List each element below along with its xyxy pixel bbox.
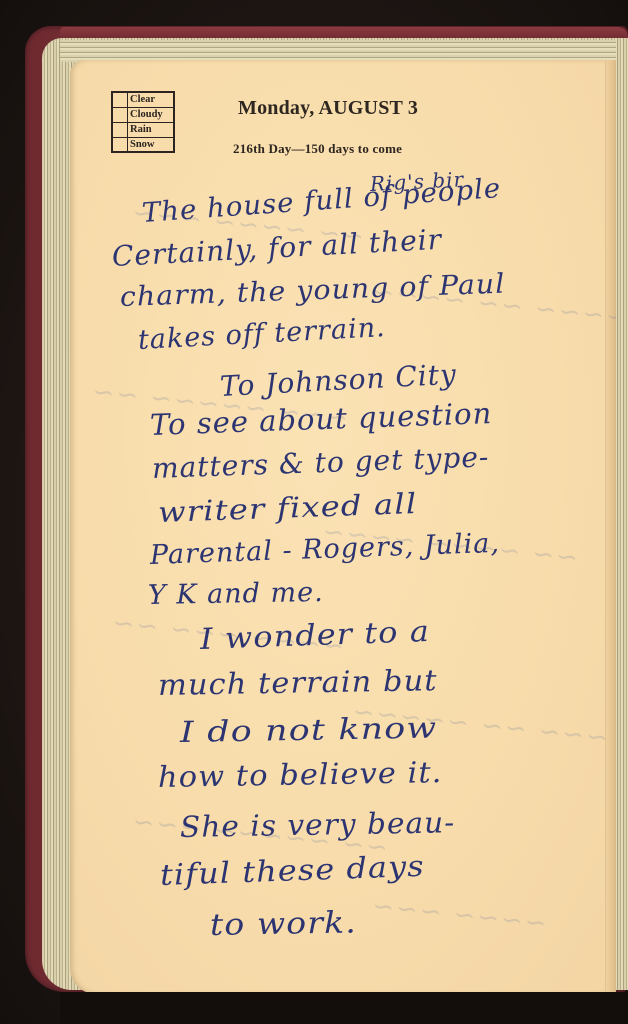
page-stack-top-edges <box>60 40 616 62</box>
handwritten-line: writer fixed all <box>157 487 417 529</box>
handwritten-line: To see about question <box>149 396 492 442</box>
handwritten-line: The house full of people <box>141 173 502 229</box>
handwritten-line: Parental - Rogers, Julia, <box>149 528 500 571</box>
handwritten-line: Y K and me. <box>148 577 324 611</box>
handwritten-line: charm, the young of Paul <box>119 269 505 313</box>
handwritten-line: I wonder to a <box>199 614 430 656</box>
handwritten-line: much terrain but <box>158 663 438 702</box>
handwritten-line: Certainly, for all their <box>111 223 443 273</box>
handwritten-line: takes off terrain. <box>137 312 386 356</box>
handwritten-line: She is very beau- <box>180 805 456 844</box>
handwritten-line: To Johnson City <box>219 358 457 403</box>
handwritten-line: tiful these days <box>159 849 425 892</box>
diary-photo: ~~ ~~~~ ~~~ ~~~~ ~~ ~~~~ ~~~ ~~~~~ ~~ ~~… <box>0 0 628 1024</box>
handwritten-line: to work. <box>210 905 357 943</box>
handwritten-entry: Rig's bir The house full of people Certa… <box>70 60 616 994</box>
diary-page: ~~ ~~~~ ~~~ ~~~~ ~~ ~~~~ ~~~ ~~~~~ ~~ ~~… <box>70 60 616 994</box>
handwritten-line: how to believe it. <box>158 755 443 794</box>
handwritten-line: matters & to get type- <box>151 440 489 485</box>
background-shadow <box>60 992 628 1024</box>
handwritten-line: I do not know <box>180 711 438 749</box>
